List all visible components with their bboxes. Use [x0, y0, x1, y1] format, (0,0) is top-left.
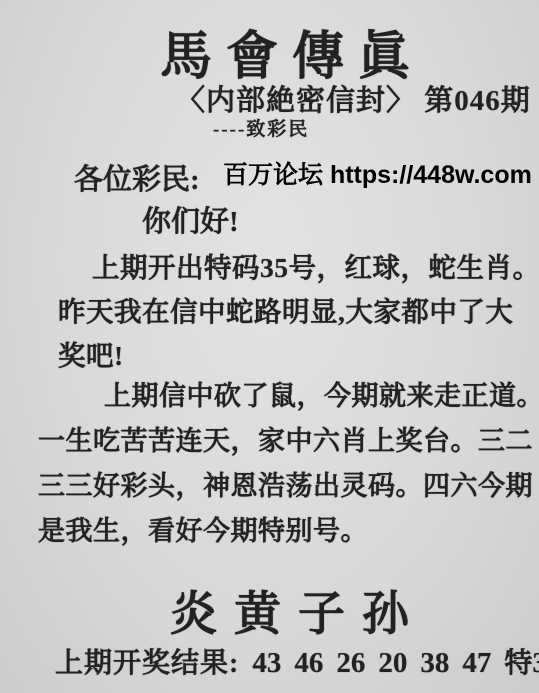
- result-number: 20: [378, 647, 407, 679]
- text-line: 三三好彩头，神恩浩荡出灵码。四六今期: [38, 464, 539, 509]
- subtitle-issue: 〈内部絶密信封〉 第046期: [176, 78, 531, 119]
- result-number: 43: [252, 647, 281, 679]
- result-number: 38: [420, 647, 449, 679]
- results-label: 上期开奖结果:: [55, 648, 239, 679]
- greeting: 你们好!: [142, 199, 239, 240]
- previous-results-line: 上期开奖结果:434626203847特35: [55, 641, 539, 681]
- result-number: 46: [294, 647, 323, 679]
- text-line: 是我生，看好今期特别号。: [38, 509, 539, 554]
- result-number: 26: [336, 647, 365, 679]
- text-line: 上期开出特码35号，红球，蛇生肖。: [58, 246, 539, 290]
- text-line: 一生吃苦苦连天，家中六肖上奖台。三二: [38, 419, 539, 464]
- text-line: 上期信中砍了鼠，今期就来走正道。: [38, 374, 539, 419]
- paragraph-1: 上期开出特码35号，红球，蛇生肖。 昨天我在信中蛇路明显,大家都中了大 奖吧!: [58, 246, 539, 378]
- dedication-line: ----致彩民: [213, 114, 309, 141]
- result-number: 47: [462, 647, 491, 679]
- text-line: 昨天我在信中蛇路明显,大家都中了大: [58, 290, 539, 334]
- signature: 炎黄子孙: [170, 577, 426, 644]
- special-number: 35: [532, 647, 539, 679]
- special-label: 特: [504, 648, 532, 679]
- forum-watermark: 百万论坛 https://448w.com: [223, 155, 532, 191]
- text-line: 奖吧!: [58, 334, 539, 378]
- salutation: 各位彩民:: [74, 157, 200, 198]
- paragraph-2: 上期信中砍了鼠，今期就来走正道。 一生吃苦苦连天，家中六肖上奖台。三二 三三好彩…: [38, 374, 539, 554]
- letter-page: 馬會傳眞 〈内部絶密信封〉 第046期 ----致彩民 各位彩民: 百万论坛 h…: [0, 0, 539, 693]
